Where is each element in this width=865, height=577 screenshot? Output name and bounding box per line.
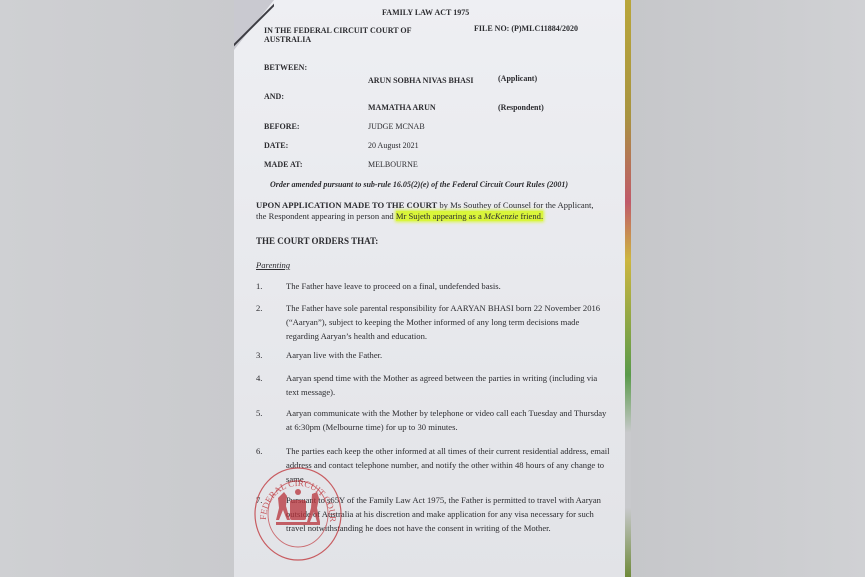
court-order-page: FAMILY LAW ACT 1975 IN THE FEDERAL CIRCU…: [234, 0, 625, 577]
order-text-line: The parties each keep the other informed…: [286, 446, 610, 456]
order-number: 6.: [256, 446, 262, 456]
amendment-note: Order amended pursuant to sub-rule 16.05…: [270, 180, 568, 189]
application-text-1: by Ms Southey of Counsel for the Applica…: [437, 200, 593, 210]
book-edge: [624, 0, 631, 577]
application-lead: UPON APPLICATION MADE TO THE COURT: [256, 200, 437, 210]
and-label: AND:: [264, 92, 284, 101]
before-value: JUDGE MCNAB: [368, 122, 425, 131]
order-number: 4.: [256, 373, 262, 383]
court-seal-icon: FEDERAL CIRCUIT COURT OF AUSTRALIA: [252, 462, 344, 562]
order-number: 1.: [256, 281, 262, 291]
respondent-role: (Respondent): [498, 103, 544, 112]
act-title: FAMILY LAW ACT 1975: [382, 8, 469, 17]
order-text-line: (“Aaryan”), subject to keeping the Mothe…: [286, 317, 579, 327]
application-text-2: the Respondent appearing in person and: [256, 211, 396, 221]
application-line-1: UPON APPLICATION MADE TO THE COURT by Ms…: [256, 200, 594, 210]
order-number: 2.: [256, 303, 262, 313]
page-fold-edge: [234, 0, 274, 50]
order-number: 5.: [256, 408, 262, 418]
order-text-line: text message).: [286, 387, 335, 397]
made-at-label: MADE AT:: [264, 160, 303, 169]
background-right: [630, 0, 865, 577]
orders-heading: THE COURT ORDERS THAT:: [256, 236, 378, 246]
applicant-role: (Applicant): [498, 74, 537, 83]
order-text-line: Aaryan communicate with the Mother by te…: [286, 408, 606, 418]
respondent-name: MAMATHA ARUN: [368, 103, 436, 112]
file-number: FILE NO: (P)MLC11884/2020: [474, 24, 578, 33]
order-text-line: at 6:30pm (Melbourne time) for up to 30 …: [286, 422, 458, 432]
made-at-value: MELBOURNE: [368, 160, 418, 169]
section-heading: Parenting: [256, 260, 290, 270]
background-left: [0, 0, 235, 577]
date-label: DATE:: [264, 141, 288, 150]
order-text-line: Aaryan live with the Father.: [286, 350, 382, 360]
order-text-line: Aaryan spend time with the Mother as agr…: [286, 373, 597, 383]
court-name-line1: IN THE FEDERAL CIRCUIT COURT OF: [264, 26, 412, 35]
order-number: 3.: [256, 350, 262, 360]
highlighted-text: Mr Sujeth appearing as a McKenzie friend…: [396, 211, 543, 221]
applicant-name: ARUN SOBHA NIVAS BHASI: [368, 76, 473, 85]
order-text-line: regarding Aaryan’s health and education.: [286, 331, 427, 341]
before-label: BEFORE:: [264, 122, 300, 131]
order-text-line: The Father have sole parental responsibi…: [286, 303, 600, 313]
order-text-line: The Father have leave to proceed on a fi…: [286, 281, 501, 291]
between-label: BETWEEN:: [264, 63, 307, 72]
date-value: 20 August 2021: [368, 141, 419, 150]
application-line-2: the Respondent appearing in person and M…: [256, 211, 543, 221]
